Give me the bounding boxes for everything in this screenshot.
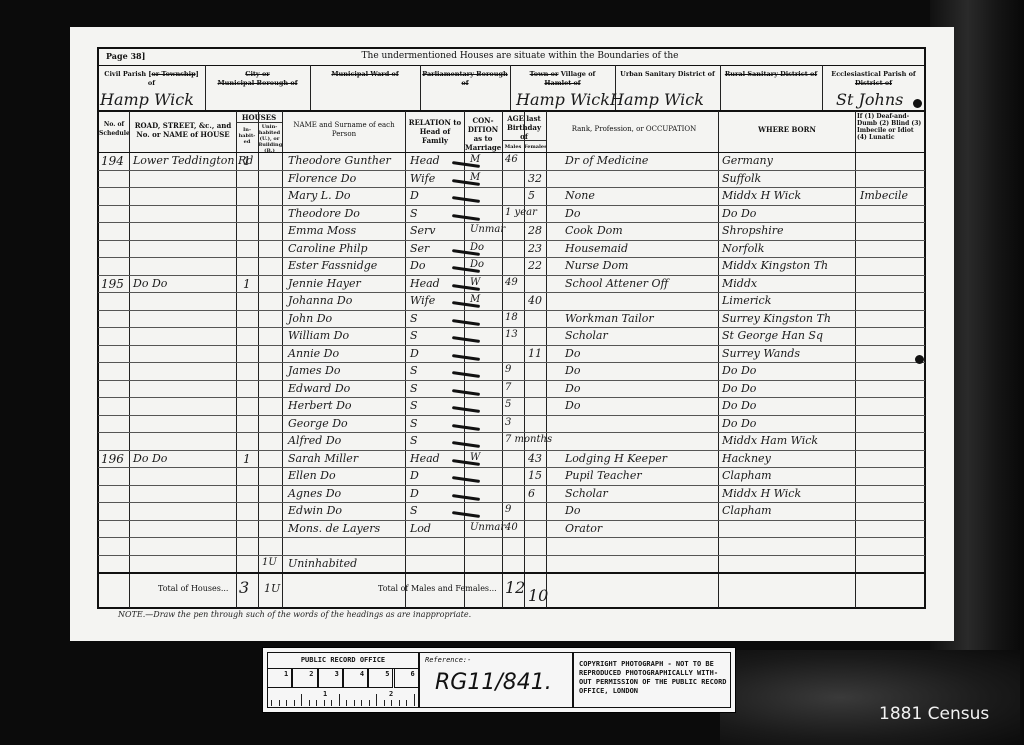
public-record-office-stamp: PUBLIC RECORD OFFICE 12345612 Reference:… <box>262 647 736 713</box>
occupation: Workman Tailor <box>565 312 654 325</box>
condition: Unmar <box>470 224 505 235</box>
occupation: School Attener Off <box>565 277 668 290</box>
person-name: William Do <box>288 329 349 342</box>
male-age: 5 <box>505 399 511 410</box>
houses-inhabited: 1 <box>243 277 251 291</box>
col-inhabited: In-habit-ed <box>237 127 257 145</box>
top-header-7: Ecclesiastical Parish ofDistrict of <box>824 70 923 88</box>
where-born: Surrey Wands <box>722 347 800 360</box>
male-age: 3 <box>505 417 511 428</box>
relation: S <box>410 434 418 447</box>
condition: Unmar <box>470 522 505 533</box>
occupation: Do <box>565 399 580 412</box>
schedule-number: 195 <box>101 277 124 291</box>
col-where-born: WHERE BORN <box>720 125 854 134</box>
person-name: Sarah Miller <box>288 452 358 465</box>
occupation: Cook Dom <box>565 224 623 237</box>
female-age: 43 <box>528 452 542 465</box>
total-persons-label: Total of Males and Females... <box>378 584 497 593</box>
male-age: 49 <box>505 277 518 288</box>
male-age: 1 year <box>505 207 537 218</box>
where-born: Germany <box>722 154 773 167</box>
page-title: The undermentioned Houses are situate wi… <box>330 52 710 61</box>
ruler-cm-label: 5 <box>385 670 389 679</box>
male-age: 40 <box>505 522 518 533</box>
top-header-4: Town or Village ofHamlet of <box>512 70 613 88</box>
col-occupation: Rank, Profession, or OCCUPATION <box>550 125 718 134</box>
occupation: Orator <box>565 522 602 535</box>
relation: S <box>410 504 418 517</box>
relation: D <box>410 487 419 500</box>
where-born: Clapham <box>722 504 772 517</box>
scan-border-bottom <box>720 650 1020 745</box>
relation: S <box>410 312 418 325</box>
houses-inhabited: 1 <box>243 154 251 168</box>
occupation: Dr of Medicine <box>565 154 648 167</box>
copyright-notice: COPYRIGHT PHOTOGRAPH - NOT TO BE REPRODU… <box>579 660 727 696</box>
person-name: Mary L. Do <box>288 189 351 202</box>
female-age: 22 <box>528 259 542 272</box>
where-born: Hackney <box>722 452 771 465</box>
occupation: Do <box>565 207 580 220</box>
top-header-1: City orMunicipal Borough of <box>207 70 308 88</box>
person-name: James Do <box>288 364 341 377</box>
occupation: Do <box>565 347 580 360</box>
male-age: 7 <box>505 382 511 393</box>
occupation: Housemaid <box>565 242 628 255</box>
occupation: Do <box>565 504 580 517</box>
relation: S <box>410 417 418 430</box>
total-houses-uninhabited: 1U <box>264 582 280 595</box>
houses-inhabited: 1 <box>243 452 251 466</box>
female-age: 28 <box>528 224 542 237</box>
female-age: 11 <box>528 347 542 360</box>
where-born: Do Do <box>722 399 756 412</box>
male-age: 7 months <box>505 434 552 445</box>
relation: S <box>410 399 418 412</box>
col-houses: HOUSES <box>237 113 281 122</box>
total-males: 12 <box>505 578 525 597</box>
where-born: Do Do <box>722 382 756 395</box>
ruler-cm-label: 3 <box>335 670 339 679</box>
where-born: Do Do <box>722 207 756 220</box>
col-uninhabited: Unin-habited (U.), or Building (B.) <box>258 124 281 154</box>
total-houses-inhabited: 3 <box>239 578 249 597</box>
top-header-0: Civil Parish [or Township] of <box>100 70 203 88</box>
where-born: Shropshire <box>722 224 784 237</box>
male-age: 46 <box>505 154 518 165</box>
ruler-cm-label: 6 <box>411 670 415 679</box>
reference-number: RG11/841. <box>435 670 552 695</box>
ruler-cm-label: 1 <box>284 670 288 679</box>
ruler-inch-label: 2 <box>389 690 393 699</box>
urban-district-value: Hamp Wick <box>610 90 704 109</box>
top-header-3: Parliamentary Borough of <box>422 70 508 88</box>
top-header-5: Urban Sanitary District of <box>617 70 718 79</box>
where-born: Middx H Wick <box>722 487 801 500</box>
top-header-6: Rural Sanitary District of <box>722 70 820 79</box>
top-header-2: Municipal Ward of <box>312 70 418 79</box>
male-age: 13 <box>505 329 518 340</box>
reference-label: Reference:- <box>425 656 471 665</box>
page-number: Page 38] <box>106 52 145 61</box>
where-born: Do Do <box>722 417 756 430</box>
occupation: Lodging H Keeper <box>565 452 667 465</box>
relation: S <box>410 382 418 395</box>
person-name: Caroline Philp <box>288 242 368 255</box>
person-name: Theodore Do <box>288 207 360 220</box>
punch-hole <box>915 355 924 364</box>
person-name: Florence Do <box>288 172 356 185</box>
person-name: Agnes Do <box>288 487 341 500</box>
person-name: Herbert Do <box>288 399 352 412</box>
where-born: Norfolk <box>722 242 764 255</box>
person-name: Edwin Do <box>288 504 342 517</box>
relation: S <box>410 364 418 377</box>
col-relation: RELATION to Head of Family <box>407 118 463 145</box>
where-born: Middx H Wick <box>722 189 801 202</box>
where-born: Middx Kingston Th <box>722 259 828 272</box>
person-name: Ester Fassnidge <box>288 259 377 272</box>
person-name: Uninhabited <box>288 557 357 570</box>
person-name: Annie Do <box>288 347 339 360</box>
schedule-number: 194 <box>101 154 124 168</box>
total-houses-label: Total of Houses... <box>158 584 228 593</box>
where-born: Surrey Kingston Th <box>722 312 831 325</box>
occupation: Pupil Teacher <box>565 469 642 482</box>
male-age: 18 <box>505 312 518 323</box>
occupation: Scholar <box>565 487 608 500</box>
female-age: 23 <box>528 242 542 255</box>
relation: S <box>410 207 418 220</box>
person-name: John Do <box>288 312 332 325</box>
relation: S <box>410 329 418 342</box>
ruler-inch-label: 1 <box>323 690 327 699</box>
col-condition: CON-DITION as to Marriage <box>465 116 501 152</box>
person-name: Alfred Do <box>288 434 341 447</box>
relation: D <box>410 189 419 202</box>
where-born: Do Do <box>722 364 756 377</box>
col-females: Females <box>524 143 545 152</box>
person-name: George Do <box>288 417 348 430</box>
relation: Wife <box>410 294 435 307</box>
female-age: 15 <box>528 469 542 482</box>
civil-parish-value: Hamp Wick <box>100 90 194 109</box>
person-name: Johanna Do <box>288 294 352 307</box>
ecclesiastical-parish-value: St Johns <box>836 90 903 109</box>
relation: Serv <box>410 224 436 237</box>
person-name: Edward Do <box>288 382 350 395</box>
col-infirmity: If (1) Deaf-and-Dumb (2) Blind (3) Imbec… <box>857 113 925 141</box>
census-watermark: 1881 Census <box>879 704 989 724</box>
relation: Head <box>410 154 440 167</box>
pro-office-label: PUBLIC RECORD OFFICE <box>267 656 419 665</box>
footnote: NOTE.—Draw the pen through such of the w… <box>118 610 471 619</box>
relation: Wife <box>410 172 435 185</box>
road-name: Do Do <box>133 277 167 290</box>
col-schedule: No. of Schedule <box>99 120 129 138</box>
occupation: Nurse Dom <box>565 259 629 272</box>
female-age: 40 <box>528 294 542 307</box>
col-name: NAME and Surname of each Person <box>286 121 402 139</box>
relation: Head <box>410 452 440 465</box>
relation: Do <box>410 259 425 272</box>
road-name: Lower Teddington Rd <box>133 154 253 167</box>
occupation: None <box>565 189 595 202</box>
female-age: 5 <box>528 189 535 202</box>
occupation: Scholar <box>565 329 608 342</box>
village-value: Hamp Wick <box>516 90 610 109</box>
relation: Lod <box>410 522 431 535</box>
where-born: Limerick <box>722 294 771 307</box>
road-name: Do Do <box>133 452 167 465</box>
col-males: Males <box>503 143 523 152</box>
person-name: Emma Moss <box>288 224 356 237</box>
where-born: St George Han Sq <box>722 329 823 342</box>
male-age: 9 <box>505 364 511 375</box>
person-name: Jennie Hayer <box>288 277 361 290</box>
ruler-cm-label: 2 <box>309 670 313 679</box>
relation: Head <box>410 277 440 290</box>
relation: D <box>410 347 419 360</box>
person-name: Mons. de Layers <box>288 522 380 535</box>
infirmity: Imbecile <box>860 189 908 202</box>
schedule-number: 196 <box>101 452 124 466</box>
punch-hole <box>913 99 922 108</box>
male-age: 9 <box>505 504 511 515</box>
female-age: 6 <box>528 487 535 500</box>
col-road: ROAD, STREET, &c., and No. or NAME of HO… <box>131 121 235 139</box>
occupation: Do <box>565 382 580 395</box>
where-born: Clapham <box>722 469 772 482</box>
female-age: 32 <box>528 172 542 185</box>
houses-uninhabited: 1U <box>262 557 277 568</box>
occupation: Do <box>565 364 580 377</box>
relation: D <box>410 469 419 482</box>
total-females: 10 <box>528 586 548 605</box>
ruler-cm-label: 4 <box>360 670 364 679</box>
where-born: Middx <box>722 277 757 290</box>
where-born: Suffolk <box>722 172 761 185</box>
relation: Ser <box>410 242 429 255</box>
where-born: Middx Ham Wick <box>722 434 818 447</box>
person-name: Theodore Gunther <box>288 154 391 167</box>
person-name: Ellen Do <box>288 469 336 482</box>
